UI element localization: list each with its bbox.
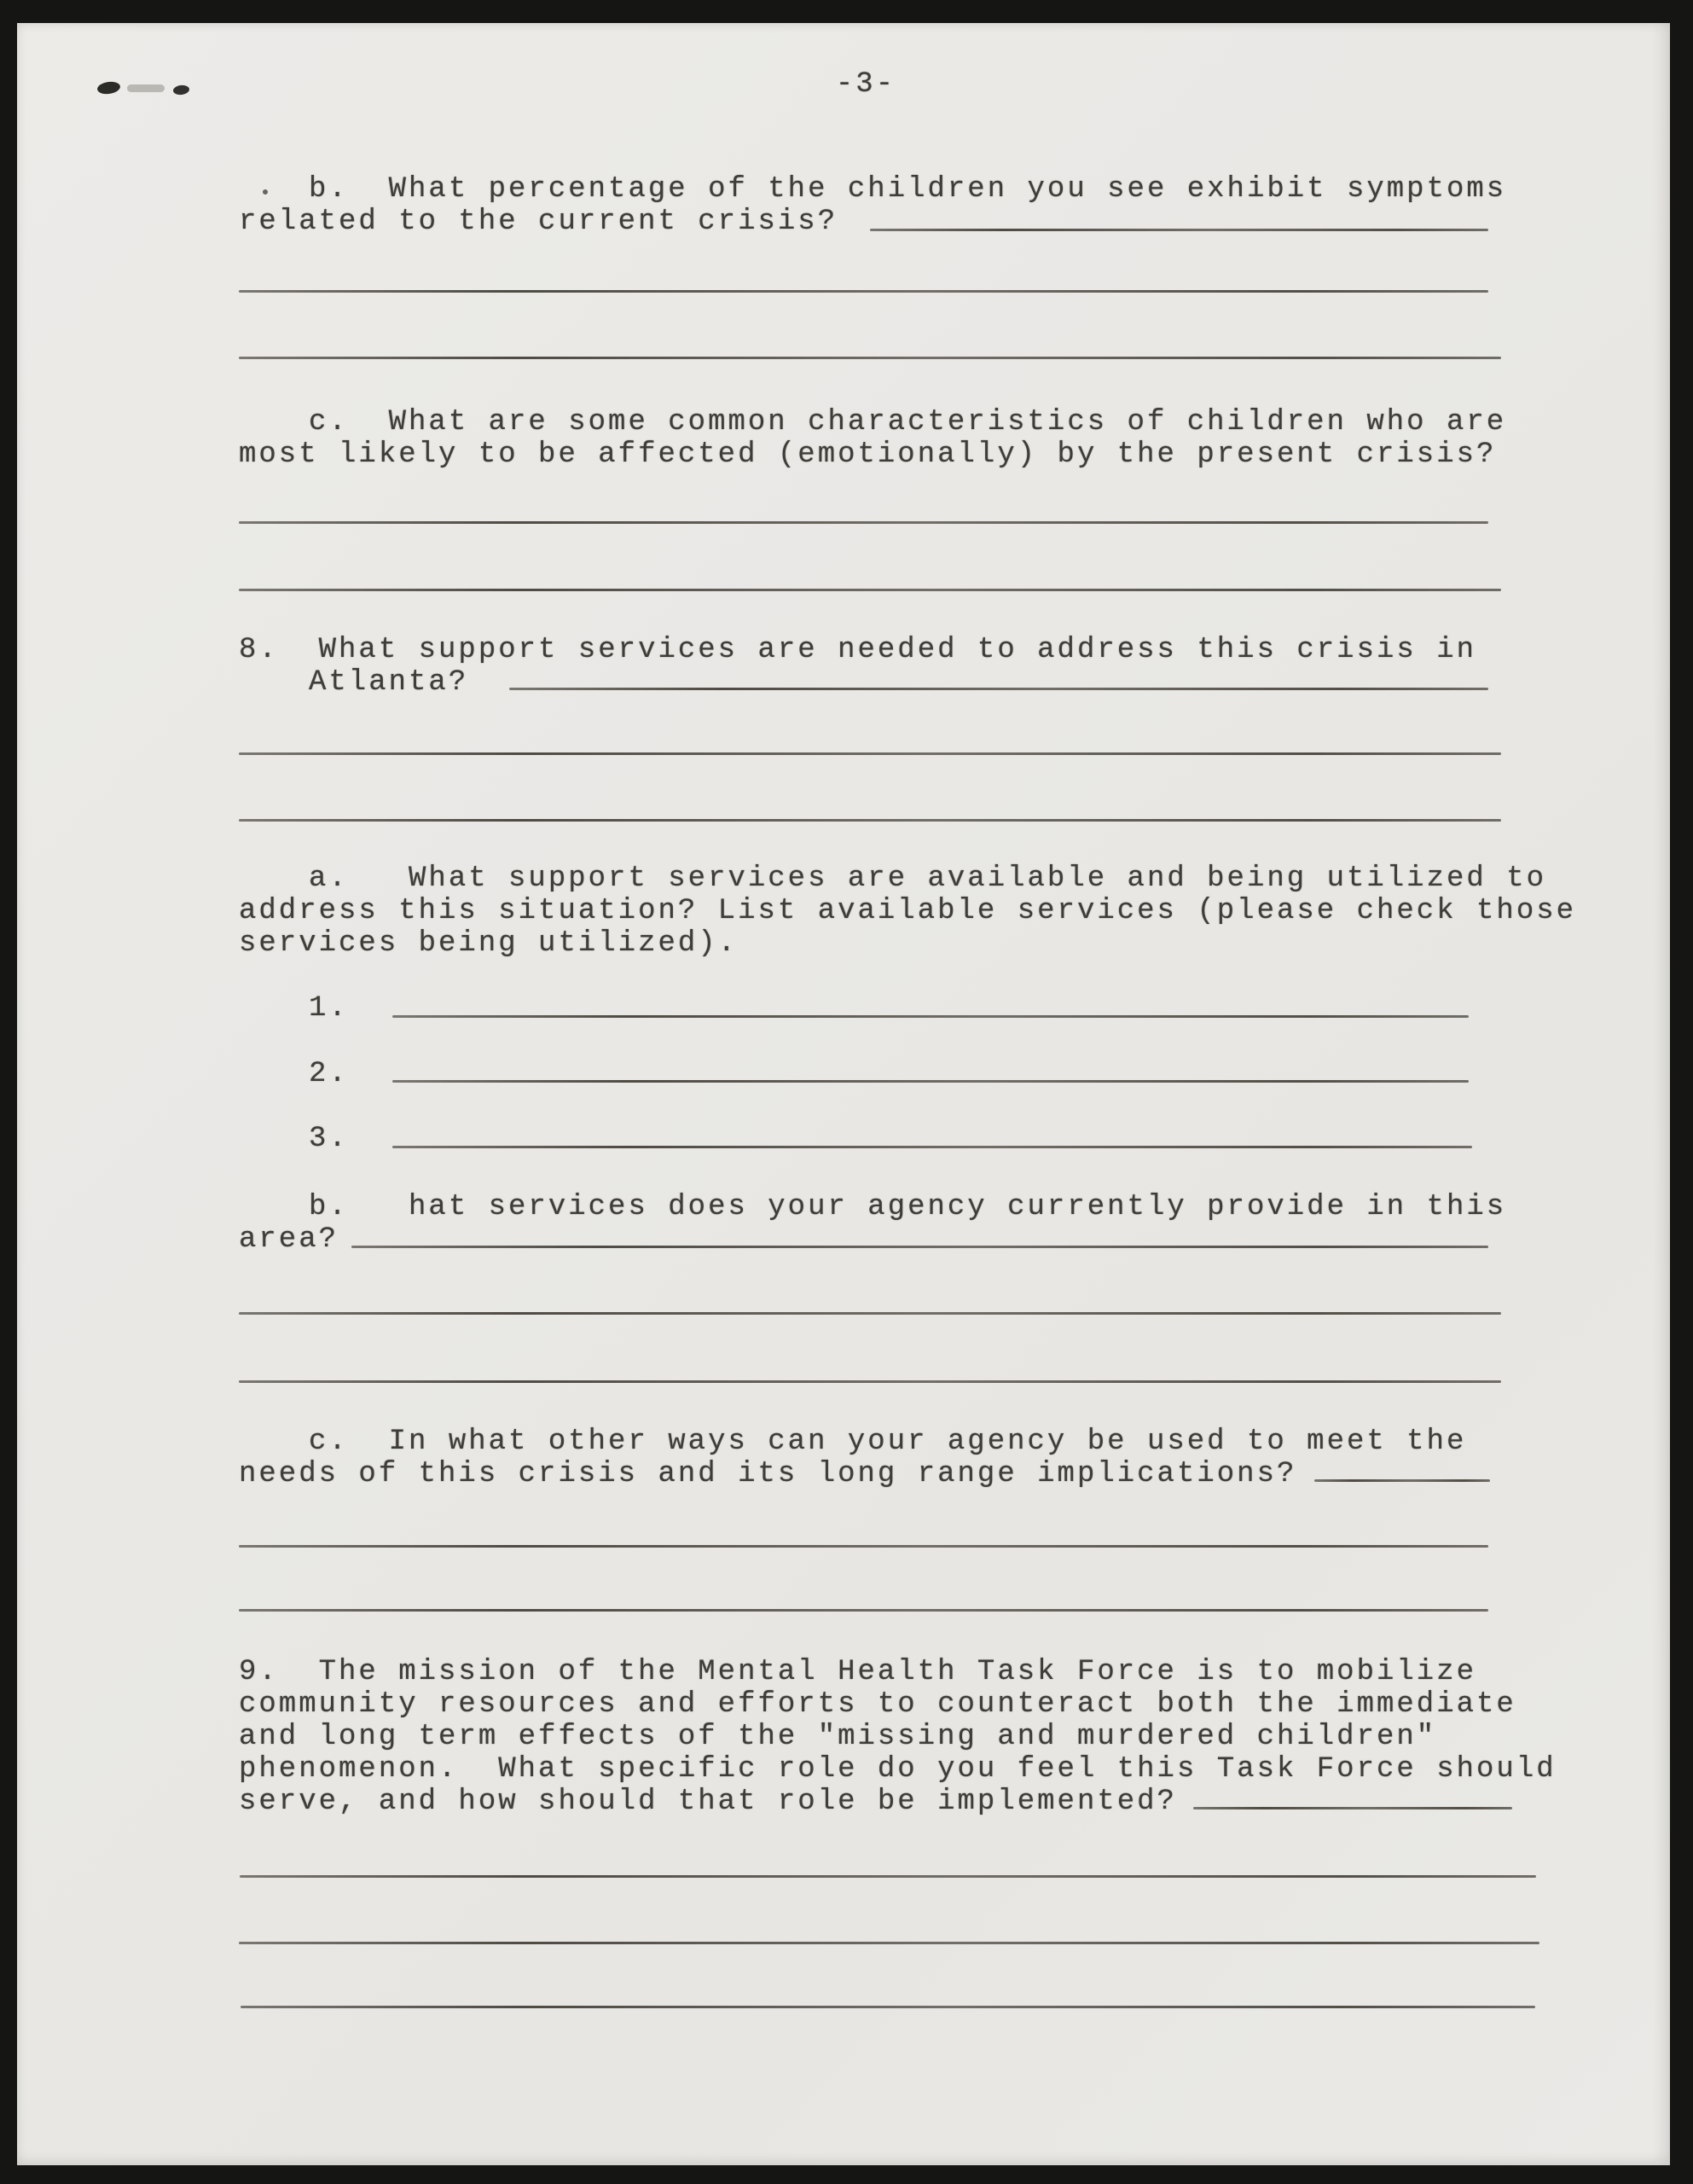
- answer-blank-line: [239, 521, 1488, 524]
- question-9-line-3: and long term effects of the "missing an…: [239, 1721, 1436, 1753]
- answer-blank-line: [241, 2006, 1535, 2008]
- answer-blank-line: [239, 1942, 1539, 1944]
- answer-blank-line: [392, 1146, 1472, 1148]
- answer-blank-line: [239, 1312, 1501, 1315]
- scan-edge-right: [1670, 0, 1693, 2184]
- scan-edge-bottom: [0, 2165, 1693, 2184]
- question-7b-line-2: related to the current crisis?: [239, 206, 838, 238]
- smudge-mark: [127, 84, 165, 92]
- list-item-number-3: 3.: [309, 1123, 349, 1155]
- answer-blank-line: [239, 1545, 1488, 1548]
- question-8c-line-2: needs of this crisis and its long range …: [239, 1458, 1296, 1490]
- question-7b-line-1: b. What percentage of the children you s…: [309, 173, 1506, 206]
- answer-blank-line: [239, 752, 1501, 755]
- answer-blank-line: [239, 1380, 1501, 1383]
- question-8a-line-1: a. What support services are available a…: [309, 863, 1546, 895]
- answer-blank-line: [870, 229, 1488, 231]
- question-9-line-1: 9. The mission of the Mental Health Task…: [239, 1656, 1476, 1688]
- question-9-line-2: community resources and efforts to count…: [239, 1688, 1516, 1721]
- question-8a-line-2: address this situation? List available s…: [239, 895, 1576, 927]
- answer-blank-line: [239, 589, 1501, 591]
- document-scan: -3- b. What percentage of the children y…: [0, 0, 1693, 2184]
- page-number: -3-: [793, 68, 938, 101]
- question-9-line-4: phenomenon. What specific role do you fe…: [239, 1753, 1557, 1786]
- question-8a-line-3: services being utilized).: [239, 927, 738, 960]
- answer-blank-line: [392, 1015, 1469, 1018]
- question-8-line-2: Atlanta?: [309, 666, 468, 699]
- question-8b-line-2: area?: [239, 1223, 339, 1256]
- answer-blank-line: [1193, 1807, 1512, 1809]
- scan-edge-left: [0, 0, 17, 2184]
- answer-blank-line: [392, 1080, 1469, 1083]
- list-item-number-2: 2.: [309, 1058, 349, 1090]
- question-8-line-1: 8. What support services are needed to a…: [239, 634, 1476, 666]
- stray-ink-dot: [263, 189, 268, 195]
- question-9-line-5: serve, and how should that role be imple…: [239, 1786, 1177, 1818]
- question-7c-line-1: c. What are some common characteristics …: [309, 406, 1506, 439]
- question-7c-line-2: most likely to be affected (emotionally)…: [239, 439, 1496, 471]
- answer-blank-line: [239, 819, 1501, 822]
- answer-blank-line: [351, 1246, 1488, 1248]
- answer-blank-line: [239, 357, 1501, 359]
- question-8c-line-1: c. In what other ways can your agency be…: [309, 1426, 1466, 1458]
- paper-sheet: [17, 23, 1670, 2165]
- list-item-number-1: 1.: [309, 992, 349, 1025]
- answer-blank-line: [239, 1609, 1488, 1612]
- answer-blank-line: [1314, 1479, 1490, 1482]
- scan-edge-top: [0, 0, 1693, 23]
- answer-blank-line: [240, 1875, 1536, 1878]
- answer-blank-line: [509, 688, 1488, 690]
- answer-blank-line: [239, 290, 1488, 293]
- question-8b-line-1: b. hat services does your agency current…: [309, 1191, 1506, 1223]
